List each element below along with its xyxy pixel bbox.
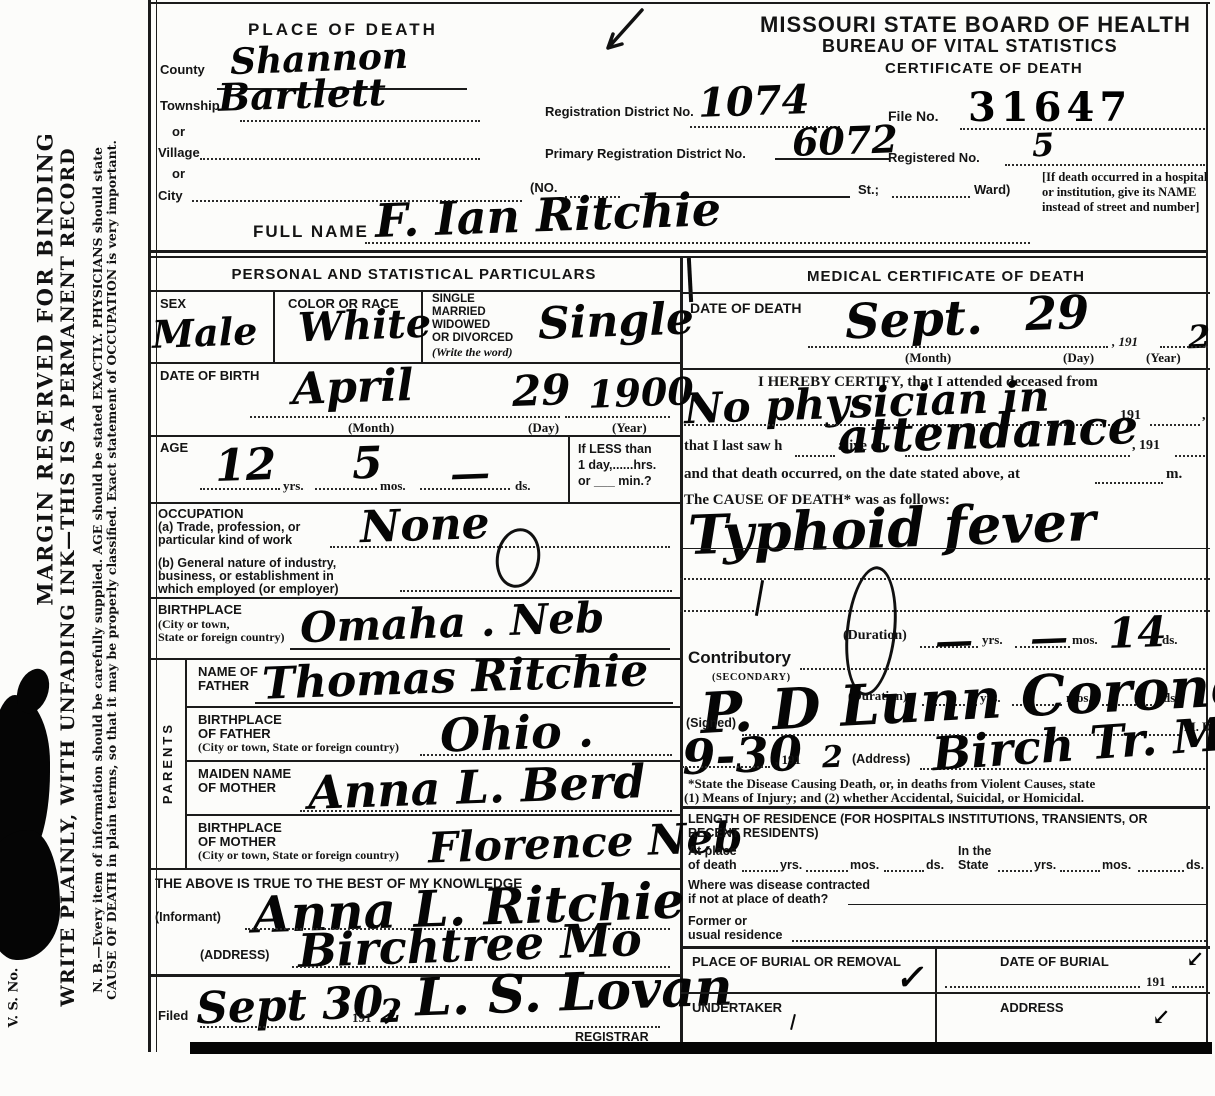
burial-arrow-icon: ↙: [1152, 1004, 1171, 1031]
sign-address-label: (Address): [852, 752, 910, 766]
dod-day-value: 29: [1024, 285, 1090, 341]
father-birthplace-label2: OF FATHER: [198, 726, 271, 741]
township-label: Township: [160, 98, 220, 113]
father-name-label1: NAME OF: [198, 664, 258, 679]
duration-yrs-value: —: [934, 617, 974, 663]
bureau-title: BUREAU OF VITAL STATISTICS: [822, 36, 1118, 57]
dob-line: [250, 416, 560, 418]
burial-year-printed: 191: [1146, 974, 1166, 990]
residence-title-line1: LENGTH OF RESIDENCE (FOR HOSPITALS INSTI…: [688, 812, 1148, 826]
cell-divider: [273, 290, 275, 362]
dob-month-value: April: [291, 360, 414, 415]
primary-district-line: [775, 158, 890, 160]
certify-line2: that I last saw h: [684, 438, 782, 455]
certify-line3: and that death occurred, on the date sta…: [684, 466, 1020, 483]
dob-year-line: [565, 416, 670, 418]
row-divider: [680, 368, 1210, 370]
occupation-b-line2: business, or establishment in: [158, 569, 334, 583]
father-name-value: Thomas Ritchie: [261, 645, 649, 709]
comma-1: ,: [1202, 408, 1206, 424]
father-birthplace-sub: (City or town, State or foreign country): [198, 740, 399, 755]
personal-title-underline: [148, 290, 680, 292]
cause-line1: [680, 548, 1210, 549]
file-no-line: [960, 128, 1205, 130]
filed-label: Filed: [158, 1008, 188, 1023]
date-of-burial-label: DATE OF BURIAL: [1000, 954, 1109, 969]
cause-of-death-value: Typhoid fever: [687, 489, 1097, 567]
age-yrs-caption: yrs.: [283, 478, 304, 494]
form-border-top: [148, 2, 1210, 4]
certify-year2-line: [1175, 455, 1205, 457]
duration-yrs-caption: yrs.: [982, 632, 1003, 648]
contracted-label2: if not at place of death?: [688, 892, 828, 906]
residence-line: [742, 870, 778, 872]
residence-line: [998, 870, 1032, 872]
mother-birthplace-sub: (City or town, State or foreign country): [198, 848, 399, 863]
ward-line: [892, 196, 970, 198]
registered-no-value: 5: [1031, 126, 1055, 165]
header-divider: [148, 250, 1208, 253]
former-residence-line: [792, 940, 1206, 942]
informant-address-label: (ADDRESS): [200, 948, 269, 962]
occupation-label: OCCUPATION: [158, 506, 243, 521]
death-time-line: [1095, 482, 1163, 484]
hospital-note: [If death occurred in a hospital or inst…: [1042, 170, 1210, 215]
occupation-b-line3: which employed (or employer): [158, 582, 339, 596]
duration-label: (Duration): [843, 628, 907, 644]
age-line: [315, 488, 377, 490]
medical-section-title: MEDICAL CERTIFICATE OF DEATH: [680, 268, 1212, 285]
row-divider: [148, 362, 680, 364]
residence-line: [806, 870, 848, 872]
residence-ds2: ds.: [1186, 858, 1204, 872]
contracted-line: [848, 904, 1206, 905]
dod-month-value: Sept.: [844, 290, 984, 351]
if-less-line1: If LESS than: [578, 442, 652, 456]
form-border-left: [148, 0, 151, 1052]
registration-district-label: Registration District No.: [545, 104, 694, 119]
residence-line: [884, 870, 924, 872]
margin-vs-no-label: V. S. No.: [7, 948, 22, 1048]
former-residence-label2: usual residence: [688, 928, 783, 942]
parents-strip-divider: [185, 658, 187, 868]
row-divider: [185, 706, 680, 708]
father-name-label2: FATHER: [198, 678, 249, 693]
residence-mos2: mos.: [1102, 858, 1131, 872]
age-ds-caption: ds.: [515, 478, 531, 494]
county-label: County: [160, 62, 205, 77]
dod-year-line: [1160, 346, 1208, 348]
age-days-value: —: [449, 449, 491, 497]
birthplace-value: Omaha . Neb: [299, 593, 605, 653]
cell-divider: [568, 435, 570, 502]
filed-year-suffix: 2: [379, 992, 403, 1031]
marital-value: Single: [537, 293, 695, 349]
margin-nb-note-line2: CAUSE OF DEATH in plain terms, so that i…: [105, 85, 119, 1055]
stray-arrow-mark: [588, 4, 650, 58]
margin-write-plainly-note: WRITE PLAINLY, WITH UNFADING INK—THIS IS…: [57, 117, 79, 1037]
residence-line: [1060, 870, 1100, 872]
marital-label-2: MARRIED: [432, 306, 486, 318]
primary-district-label: Primary Registration District No.: [545, 146, 746, 161]
age-line: [200, 488, 280, 490]
certify-blank2: [905, 455, 1130, 457]
registered-no-label: Registered No.: [888, 150, 980, 165]
filed-line: [200, 1026, 660, 1028]
certify-blank-h: [795, 455, 835, 457]
dod-year-printed: , 191: [1112, 334, 1138, 350]
burial-grid-divider: [935, 946, 937, 1042]
village-label: Village: [158, 145, 200, 160]
former-residence-label1: Former or: [688, 914, 747, 928]
dob-year-caption: (Year): [612, 420, 647, 436]
dob-day-value: 29: [511, 365, 571, 416]
or-label-1: or: [172, 124, 185, 139]
sign-year-printed: , 191: [775, 752, 801, 768]
burial-year-line: [1172, 986, 1204, 988]
birthplace-sub2: State or foreign country): [158, 630, 285, 645]
sex-label: SEX: [160, 296, 186, 311]
in-the-label1: In the: [958, 844, 991, 858]
dod-year-caption: (Year): [1146, 350, 1181, 366]
residence-yrs: yrs.: [780, 858, 802, 872]
dob-year-value: 1900: [587, 368, 694, 417]
dob-month-caption: (Month): [348, 420, 394, 436]
undertaker-label: UNDERTAKER: [692, 1000, 782, 1015]
dod-month-caption: (Month): [905, 350, 951, 366]
row-divider: [148, 868, 680, 870]
margin-binding-note: MARGIN RESERVED FOR BINDING: [33, 39, 58, 699]
age-months-value: 5: [351, 437, 383, 489]
father-birthplace-label1: BIRTHPLACE: [198, 712, 282, 727]
mother-name-label1: MAIDEN NAME: [198, 766, 291, 781]
filed-year-printed: 191: [352, 1010, 372, 1026]
sex-value: Male: [151, 308, 258, 357]
date-of-birth-label: DATE OF BIRTH: [160, 368, 259, 383]
residence-title-line2: RECENT RESIDENTS): [688, 826, 819, 840]
color-race-value: White: [297, 300, 432, 352]
at-place-label1: At place: [688, 844, 737, 858]
form-border-left-inner: [156, 0, 157, 1052]
marital-label-3: WIDOWED: [432, 319, 490, 331]
registrar-label: REGISTRAR: [575, 1030, 649, 1044]
header-divider-inner: [148, 256, 1208, 258]
birthplace-label: BIRTHPLACE: [158, 602, 242, 617]
burial-grid-top: [680, 946, 1210, 949]
dod-day-caption: (Day): [1063, 350, 1094, 366]
duration-mos-value: —: [1029, 614, 1069, 660]
dod-year-suffix: 2: [1187, 318, 1211, 357]
parents-vertical-label: PARENTS: [160, 722, 175, 804]
village-line: [200, 158, 480, 160]
margin-nb-note-line1: N. B.—Every item of information should b…: [91, 85, 105, 1055]
board-title: MISSOURI STATE BOARD OF HEALTH: [760, 12, 1191, 38]
file-no-stamp: 31647: [968, 84, 1132, 131]
certify-year2: , 191: [1132, 438, 1160, 454]
dod-line: [808, 346, 1108, 348]
burial-date-line: [945, 986, 1140, 988]
row-divider: [185, 814, 680, 816]
residence-line: [1138, 870, 1184, 872]
city-label: City: [158, 188, 183, 203]
mother-birthplace-label2: OF MOTHER: [198, 834, 276, 849]
residence-ds: ds.: [926, 858, 944, 872]
duration-ds-caption: ds.: [1162, 632, 1178, 648]
burial-arrow-icon: ↙: [1186, 946, 1205, 973]
row-divider: [680, 806, 1210, 809]
residence-yrs2: yrs.: [1034, 858, 1056, 872]
in-the-label2: State: [958, 858, 989, 872]
age-years-value: 12: [214, 439, 277, 492]
age-line: [420, 488, 510, 490]
stray-stroke-mark: [790, 1014, 796, 1030]
contributory-label: Contributory: [688, 648, 791, 668]
mother-name-label2: OF MOTHER: [198, 780, 276, 795]
ink-blot: [0, 830, 60, 960]
township-value: Bartlett: [217, 69, 386, 120]
burial-row-divider: [680, 992, 1210, 994]
mother-birthplace-label1: BIRTHPLACE: [198, 820, 282, 835]
contracted-label1: Where was disease contracted: [688, 878, 870, 892]
row-divider: [148, 435, 680, 437]
full-name-line: [365, 242, 1030, 244]
township-line: [240, 120, 480, 122]
bottom-heavy-bar: [190, 1042, 1212, 1054]
mother-name-line: [300, 810, 672, 812]
sign-year-suffix: 2: [821, 740, 843, 776]
marital-label-1: SINGLE: [432, 293, 475, 305]
registered-no-line: [1005, 164, 1205, 166]
cause-footnote-line2: (1) Means of Injury; and (2) whether Acc…: [684, 790, 1084, 806]
certify-year1-line: [1150, 424, 1200, 426]
if-less-line3: or ___ min.?: [578, 474, 652, 488]
residence-mos: mos.: [850, 858, 879, 872]
occupation-b-line1: (b) General nature of industry,: [158, 556, 336, 570]
age-mos-caption: mos.: [380, 478, 406, 494]
occupation-a-line1: (a) Trade, profession, or: [158, 520, 300, 534]
occupation-a-value: None: [359, 498, 490, 553]
duration-ds-value: 14: [1107, 607, 1167, 658]
death-certificate-scan: MARGIN RESERVED FOR BINDING WRITE PLAINL…: [0, 0, 1215, 1096]
cause-line2: [680, 578, 1210, 580]
or-label-2: or: [172, 166, 185, 181]
m-label: m.: [1166, 466, 1182, 483]
certificate-title: CERTIFICATE OF DEATH: [885, 60, 1083, 77]
date-of-death-label: DATE OF DEATH: [690, 300, 801, 316]
age-label: AGE: [160, 440, 188, 455]
dob-day-caption: (Day): [528, 420, 559, 436]
form-border-right: [1206, 2, 1208, 1050]
full-name-label: FULL NAME: [253, 222, 369, 242]
ward-label: Ward): [974, 182, 1010, 197]
stray-oval-mark: [491, 525, 545, 592]
at-place-label2: of death: [688, 858, 737, 872]
father-name-line: [255, 702, 673, 704]
informant-label: (Informant): [155, 910, 221, 924]
occupation-b-line: [400, 590, 672, 592]
place-of-burial-label: PLACE OF BURIAL OR REMOVAL: [692, 954, 901, 969]
occupation-a-line2: particular kind of work: [158, 533, 292, 547]
if-less-line2: 1 day,......hrs.: [578, 458, 656, 472]
undertaker-address-label: ADDRESS: [1000, 1000, 1064, 1015]
marital-note: (Write the word): [432, 345, 512, 360]
full-name-value: F. Ian Ritchie: [374, 182, 722, 248]
street-label: St.;: [858, 182, 879, 197]
personal-section-title: PERSONAL AND STATISTICAL PARTICULARS: [148, 266, 680, 283]
burial-check-mark: ✓: [894, 958, 924, 999]
sign-date-line: [682, 766, 770, 768]
marital-label-4: OR DIVORCED: [432, 332, 513, 344]
duration-mos-caption: mos.: [1072, 632, 1098, 648]
